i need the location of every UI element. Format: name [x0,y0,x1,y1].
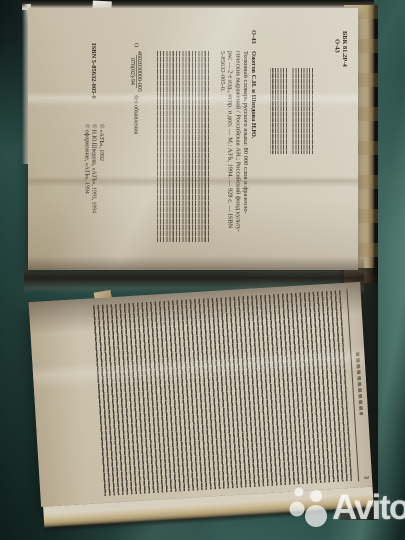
formula-numerator: 4602030000-005 [137,51,144,92]
page-number: 3 [362,475,370,479]
bib-line: гических выражений / Российская АН.; Рос… [235,51,243,257]
bib-line: Толковый словарь русского языка: 80 000 … [242,51,250,257]
book-photo-scene: ББК 81.2Р-4 О-43 О-43 Ожегов С.И. и Швед… [0,0,405,540]
body-text-illegible [91,290,352,496]
isbn-line: ISBN 5-85632-005-0 [90,43,98,99]
bbk-code: ББК 81.2Р-4 [342,31,350,67]
copyright-page: ББК 81.2Р-4 О-43 О-43 Ожегов С.И. и Швед… [28,8,358,270]
bibliographic-entry: Ожегов С.И. и Шведова Н.Ю. Толковый слов… [219,51,258,257]
fine-print-illegible [270,68,287,154]
fine-print-illegible [292,68,313,154]
bbk-stamp: ББК 81.2Р-4 О-43 [334,31,349,67]
avito-wordmark: Avito [332,490,405,525]
formula-note: без объявления [133,95,141,134]
copyright-page-sheet: ББК 81.2Р-4 О-43 О-43 Ожегов С.И. и Швед… [28,8,358,270]
bib-line: 5-85632-005-0. [219,51,227,257]
avito-watermark: Avito [288,484,405,530]
formula-denominator: 076(02)-94 [130,55,137,88]
copyright-block: © «АЗЪ», 1992 © Н.Ю.Шведова, «АЗЪ», 1993… [83,124,105,259]
formula-fraction: 4602030000-005 076(02)-94 [130,51,144,92]
preface-page-sheet: 3 [29,282,373,507]
author-mark: О-43 [334,31,342,67]
copyright-line: © «АЗЪ», 1992 [98,124,105,259]
copyright-line: © оформление, «АЗЪ», 1994 [83,124,90,259]
preface-page: 3 [29,282,373,507]
bib-line: Ожегов С.И. и Шведова Н.Ю. [250,51,258,257]
bib-line: ры; — 2-е изд., испр. и доп. — М.: АЗЪ, … [227,51,235,257]
avito-dots-icon [288,484,330,530]
running-head-illegible [356,352,363,415]
annotation-illegible [157,51,209,242]
copyright-line: © Н.Ю.Шведова, «АЗЪ», 1993, 1994 [91,124,98,259]
formula-letter: О [133,43,141,47]
entry-mark: О-43 [250,30,258,44]
print-order-formula: О 4602030000-005 076(02)-94 без объявлен… [130,43,144,134]
